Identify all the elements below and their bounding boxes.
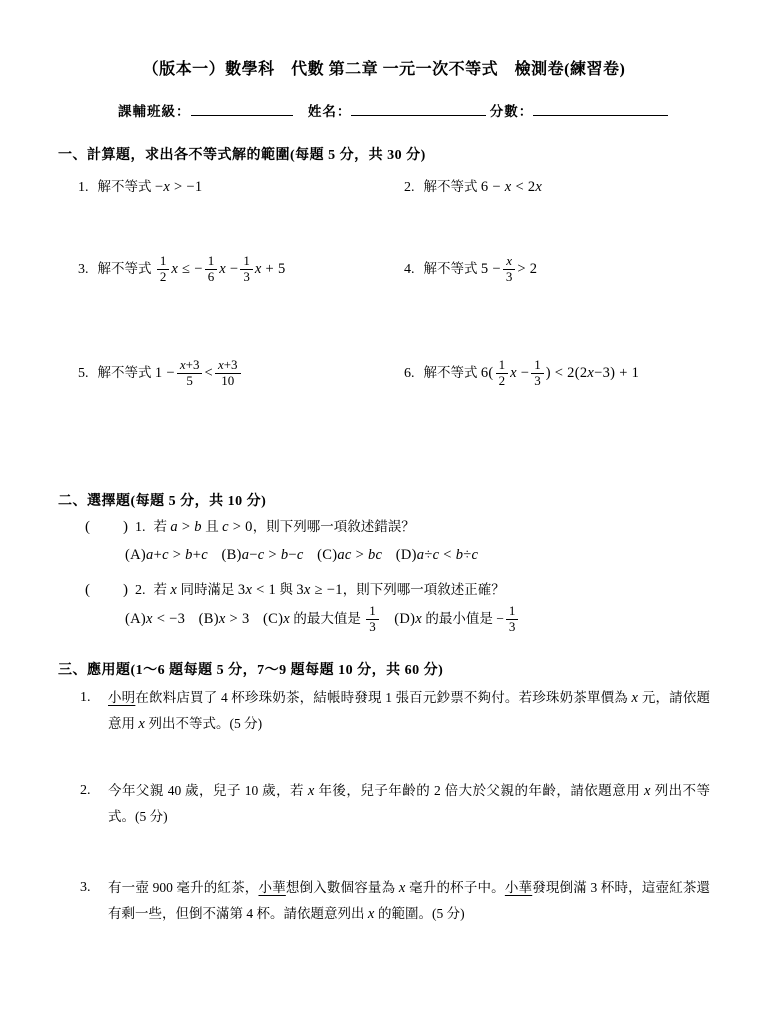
question-text: 解不等式 1 −x+35<x+310 [98, 365, 243, 380]
math-expression: x + 5 [255, 261, 286, 277]
choice-options: (A)a+c > b+c (B)a−c > b−c (C)ac > bc (D)… [58, 542, 710, 568]
math-expression: a > b [170, 519, 201, 535]
question-stem: 若 a > b 且 c > 0，則下列哪一項敘述錯誤？ [154, 519, 415, 534]
name-label: 姓名： [308, 104, 352, 119]
section-choice-header: 二、選擇題(每題 5 分，共 10 分) [58, 490, 710, 510]
question-text: 解不等式 −x > −1 [98, 179, 203, 194]
choice-options: (A)x < −3 (B)x > 3 (C)x 的最大值是 13 (D)x 的最… [58, 605, 710, 635]
choice-question-1: ( )1.若 a > b 且 c > 0，則下列哪一項敘述錯誤？ (A)a+c … [58, 514, 710, 568]
math-expression: (B)x > 3 [199, 611, 250, 627]
fraction: x+35 [177, 358, 203, 388]
question-number: 3. [78, 262, 89, 278]
math-expression: (C)ac > bc [317, 547, 382, 563]
math-expression: x [138, 716, 145, 732]
math-expression: 6( [481, 365, 494, 381]
underlined-name: 小華 [258, 880, 285, 895]
section-apply-header: 三、應用題(1～6 題每題 5 分，7～9 題每題 10 分，共 60 分) [58, 659, 710, 679]
question-number: 6. [404, 366, 415, 382]
question-stem: 若 x 同時滿足 3x < 1 與 3x ≥ −1，則下列哪一項敘述正確？ [154, 582, 505, 597]
fraction: 13 [506, 604, 519, 634]
fraction: 13 [366, 604, 379, 634]
math-expression: 3x ≥ −1 [296, 582, 342, 598]
question-text: 今年父親 40 歲，兒子 10 歲，若 x 年後，兒子年齡的 2 倍大於父親的年… [108, 778, 710, 829]
question-number: 4. [404, 262, 415, 278]
question-text: 解不等式 6(12x −13) < 2(2x−3) + 1 [424, 365, 640, 380]
question-number: 1. [80, 685, 108, 737]
math-expression: x [399, 880, 406, 896]
calc-question-6: 6.解不等式 6(12x −13) < 2(2x−3) + 1 [384, 359, 710, 485]
math-expression: x ≤ − [171, 261, 202, 277]
question-text: 解不等式 5 −x3> 2 [424, 261, 538, 276]
name-blank [351, 103, 486, 116]
calc-question-1: 1.解不等式 −x > −1 [58, 175, 384, 255]
score-label: 分數： [490, 104, 534, 119]
calc-question-4: 4.解不等式 5 −x3> 2 [384, 255, 710, 359]
fraction: 13 [240, 254, 253, 284]
question-text: 解不等式 6 − x < 2x [424, 179, 543, 194]
student-info-line: 課輔班級： 姓名： 分數： [58, 100, 710, 120]
math-expression: (A)a+c > b+c [125, 547, 208, 563]
fraction: x+310 [215, 358, 241, 388]
calc-question-5: 5.解不等式 1 −x+35<x+310 [58, 359, 384, 485]
apply-question-1: 1. 小明在飲料店買了 4 杯珍珠奶茶，結帳時發現 1 張百元鈔票不夠付。若珍珠… [58, 685, 710, 737]
math-expression: (C)x [263, 611, 290, 627]
calc-question-3: 3.解不等式 12x ≤ −16x −13x + 5 [58, 255, 384, 359]
fraction: 12 [157, 254, 170, 284]
math-expression: c > 0 [222, 519, 253, 535]
question-text: 小明在飲料店買了 4 杯珍珠奶茶，結帳時發現 1 張百元鈔票不夠付。若珍珠奶茶單… [108, 685, 710, 737]
question-number: 1. [135, 520, 146, 535]
question-text: 解不等式 12x ≤ −16x −13x + 5 [98, 261, 286, 276]
math-expression: x [308, 783, 315, 799]
question-number: 2. [404, 180, 415, 196]
question-number: 2. [80, 778, 108, 829]
apply-question-2: 2. 今年父親 40 歲，兒子 10 歲，若 x 年後，兒子年齡的 2 倍大於父… [58, 778, 710, 829]
apply-question-3: 3. 有一壺 900 毫升的紅茶，小華想倒入數個容量為 x 毫升的杯子中。小華發… [58, 875, 710, 927]
math-expression: x − [219, 261, 238, 277]
math-expression: (A)x < −3 [125, 611, 185, 627]
math-expression: (D)a÷c < b÷c [396, 547, 479, 563]
math-expression: x [170, 582, 177, 598]
calc-question-grid: 1.解不等式 −x > −1 2.解不等式 6 − x < 2x 3.解不等式 … [58, 175, 710, 485]
fraction: x3 [503, 254, 516, 284]
math-expression: (D)x [394, 611, 422, 627]
fraction: 16 [205, 254, 218, 284]
math-expression: < [204, 365, 212, 381]
worksheet-page: （版本一）數學科 代數 第二章 一元一次不等式 檢測卷(練習卷) 課輔班級： 姓… [0, 0, 768, 1024]
math-expression: > 2 [517, 261, 537, 277]
question-number: 5. [78, 366, 89, 382]
answer-bracket: ( ) [85, 519, 129, 535]
math-expression: 6 − x < 2x [481, 179, 542, 195]
question-number: 3. [80, 875, 108, 927]
page-title: （版本一）數學科 代數 第二章 一元一次不等式 檢測卷(練習卷) [58, 56, 710, 79]
score-blank [533, 103, 668, 116]
fraction: 12 [496, 358, 509, 388]
question-text: 有一壺 900 毫升的紅茶，小華想倒入數個容量為 x 毫升的杯子中。小華發現倒滿… [108, 875, 710, 927]
math-expression: x [632, 690, 639, 706]
calc-question-2: 2.解不等式 6 − x < 2x [384, 175, 710, 255]
math-expression: x [368, 906, 375, 922]
choice-question-2: ( )2.若 x 同時滿足 3x < 1 與 3x ≥ −1，則下列哪一項敘述正… [58, 577, 710, 635]
math-expression: 5 − [481, 261, 501, 277]
math-expression: x [644, 783, 651, 799]
math-expression: (B)a−c > b−c [221, 547, 303, 563]
underlined-name: 小華 [505, 880, 532, 895]
underlined-name: 小明 [108, 690, 135, 705]
section-calc-header: 一、計算題，求出各不等式解的範圍(每題 5 分，共 30 分) [58, 144, 710, 164]
math-expression: 3x < 1 [238, 582, 276, 598]
math-expression: 1 − [155, 365, 175, 381]
math-expression: ) < 2(2x−3) + 1 [546, 365, 639, 381]
fraction: 13 [531, 358, 544, 388]
math-expression: x − [510, 365, 529, 381]
class-label: 課輔班級： [118, 104, 191, 119]
question-number: 2. [135, 583, 146, 598]
class-blank [191, 103, 293, 116]
math-expression: −x > −1 [155, 179, 203, 195]
question-number: 1. [78, 180, 89, 196]
answer-bracket: ( ) [85, 582, 129, 598]
